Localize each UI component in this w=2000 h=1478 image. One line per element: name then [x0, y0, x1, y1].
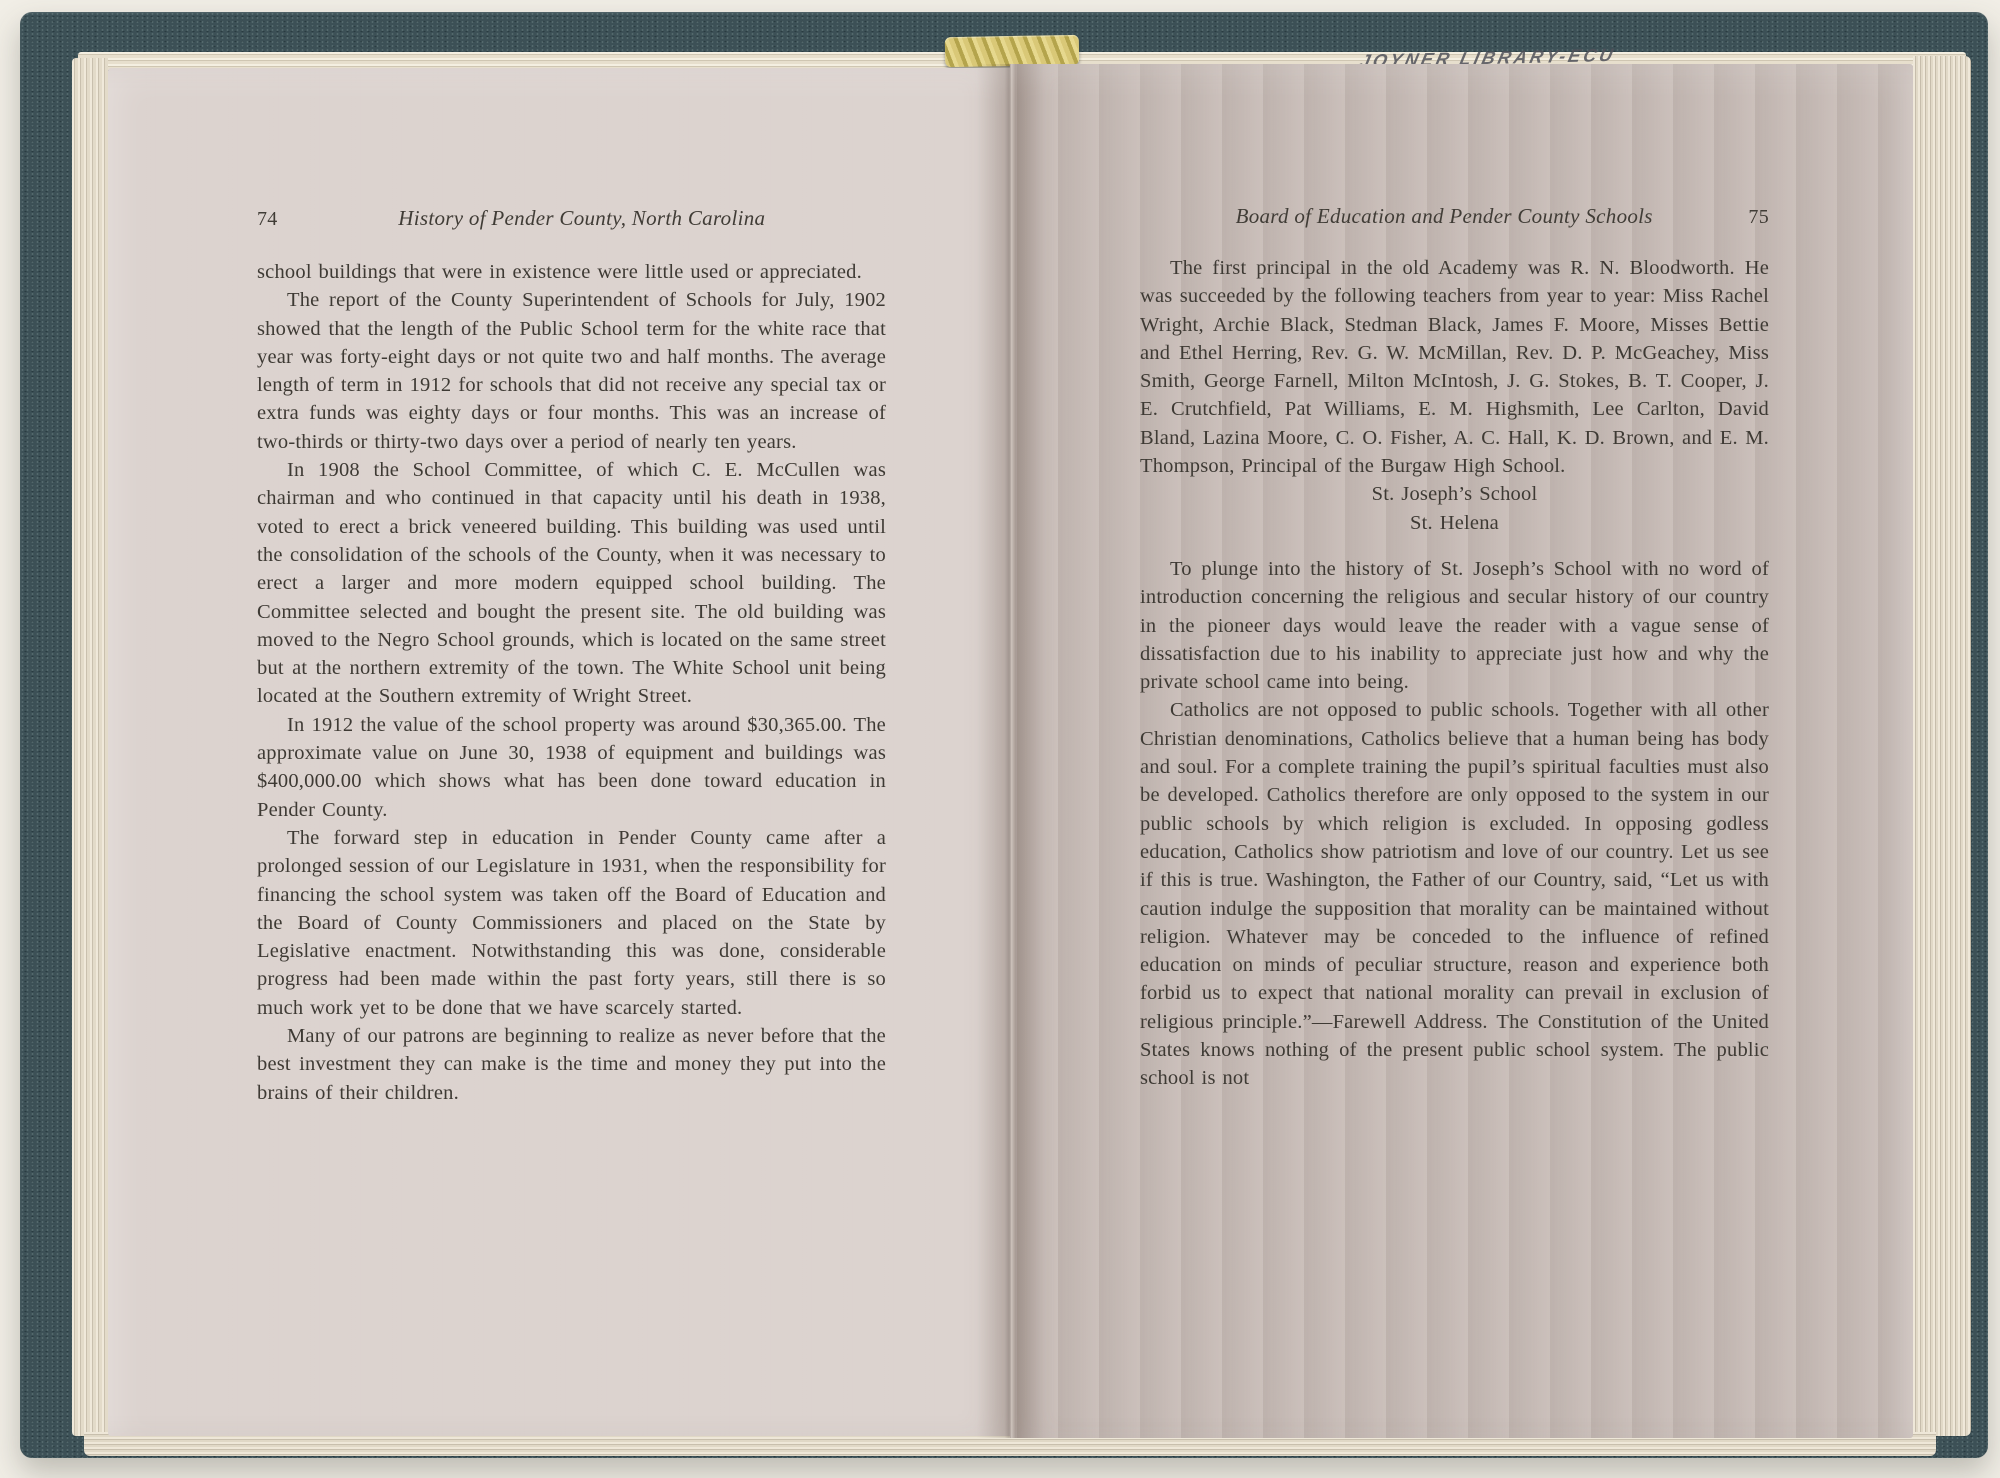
section-subheading: St. Helena — [1140, 509, 1769, 537]
book-cover: JOYNER LIBRARY-ECU 74 History of Pender … — [20, 12, 1988, 1458]
left-page: 74 History of Pender County, North Carol… — [108, 68, 1010, 1436]
right-page-number: 75 — [1748, 206, 1769, 229]
paragraph: The report of the County Superintendent … — [257, 286, 886, 456]
paragraph: In 1912 the value of the school property… — [257, 711, 886, 824]
left-page-header: 74 History of Pender County, North Carol… — [257, 206, 886, 231]
left-page-body: school buildings that were in existence … — [257, 258, 886, 1107]
page-edges-left — [72, 58, 108, 1436]
right-page: Board of Education and Pender County Sch… — [1010, 64, 1913, 1438]
right-page-body: The first principal in the old Academy w… — [1140, 254, 1769, 1093]
paragraph: Many of our patrons are beginning to rea… — [257, 1022, 886, 1107]
paragraph: school buildings that were in existence … — [257, 258, 886, 286]
paragraph: In 1908 the School Committee, of which C… — [257, 456, 886, 711]
left-page-number: 74 — [257, 208, 278, 231]
paragraph: The first principal in the old Academy w… — [1140, 254, 1769, 480]
paragraph: Catholics are not opposed to public scho… — [1140, 696, 1769, 1092]
spine-headband — [945, 35, 1080, 67]
paragraph: To plunge into the history of St. Joseph… — [1140, 555, 1769, 696]
paragraph: The forward step in education in Pender … — [257, 824, 886, 1022]
section-heading: St. Joseph’s School — [1140, 480, 1769, 508]
page-edges-right — [1913, 56, 1971, 1436]
left-running-header: History of Pender County, North Carolina — [278, 206, 886, 231]
right-page-header: Board of Education and Pender County Sch… — [1140, 204, 1769, 229]
right-running-header: Board of Education and Pender County Sch… — [1140, 204, 1748, 229]
section-gap — [1140, 537, 1769, 555]
